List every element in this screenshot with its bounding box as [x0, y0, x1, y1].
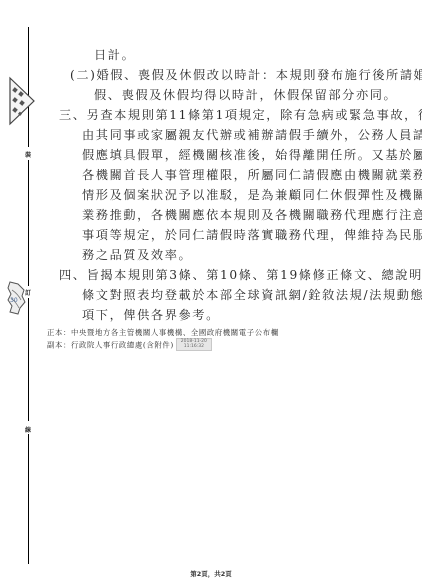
text-line-2: (二)婚假、喪假及休假改以時計：本規則發布施行後所請婚	[70, 66, 422, 83]
text-line-7: 各機關首長人事管理權限，所屬同仁請假應由機關就業務	[82, 166, 422, 183]
binding-line-bottom	[28, 434, 29, 564]
page-indicator: 第2頁，共2頁	[0, 569, 422, 578]
stamp-time: 11:16:32	[184, 344, 204, 349]
text-line-1: 日計。	[94, 46, 135, 63]
item-4-heading-line: 四、旨揭本規則第3條、第10條、第19條修正條文、總說明及	[59, 266, 422, 283]
timestamp-stamp: 2018-11-2011:16:32	[176, 338, 212, 351]
text-line-3: 假、喪假及休假均得以時計，休假保留部分亦同。	[94, 86, 397, 103]
copy-recipients: 副本：行政院人事行政總處(含附件)	[47, 341, 174, 350]
binding-line-upper-middle	[28, 160, 29, 286]
svg-text:30: 30	[10, 297, 18, 304]
text-line-11: 務之品質及效率。	[82, 246, 192, 263]
main-recipients: 正本：中央暨地方各主管機關人事機構、全國政府機關電子公布欄	[47, 327, 279, 338]
text-line-9: 業務推動，各機關應依本規則及各機關職務代理應行注意	[82, 206, 422, 223]
item-3-heading-line: 三、另查本規則第11條第1項規定，除有急病或緊急事故，得	[59, 106, 422, 123]
text-line-5: 由其同事或家屬親友代辦或補辦請假手續外，公務人員請	[82, 126, 422, 143]
stamp-seal-icon: 30	[6, 280, 26, 316]
binding-line-lower-middle	[28, 298, 29, 421]
text-line-13: 條文對照表均登載於本部全球資訊網/銓敘法規/法規動態	[82, 286, 422, 303]
text-line-8: 情形及個案狀況予以准駁，是為兼顧同仁休假彈性及機關	[82, 186, 422, 203]
margin-mark-bind: 裝	[25, 150, 31, 159]
text-line-6: 假應填具假單，經機關核准後，始得離開任所。又基於屬	[82, 146, 422, 163]
copy-recipients-row: 副本：行政院人事行政總處(含附件)2018-11-2011:16:32	[47, 339, 212, 352]
official-seal-icon	[8, 76, 36, 126]
text-line-10: 事項等規定，於同仁請假時落實職務代理，俾維持為民服	[82, 226, 422, 243]
text-line-14: 項下，俾供各界參考。	[82, 306, 220, 323]
margin-mark-line: 線	[25, 425, 31, 434]
